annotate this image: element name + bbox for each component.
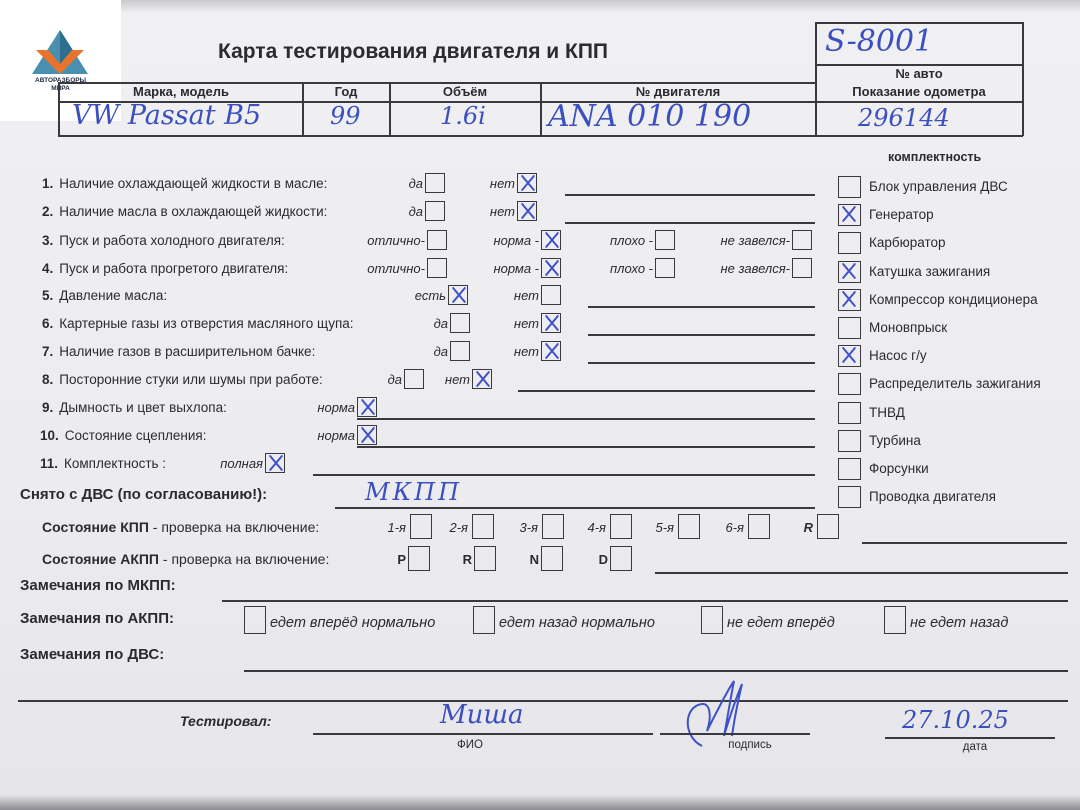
gear-checkbox[interactable] xyxy=(472,514,494,539)
completeness-label: Карбюратор xyxy=(869,235,946,250)
option-checkbox[interactable] xyxy=(357,397,377,417)
remarks-dvs-field[interactable] xyxy=(244,670,1068,672)
option-checkbox[interactable] xyxy=(541,230,561,250)
option-label: норма - xyxy=(475,233,539,248)
completeness-label: Блок управления ДВС xyxy=(869,179,1008,194)
akpp-state-label: Состояние АКПП - проверка на включение: xyxy=(42,551,329,567)
option-label: есть xyxy=(398,288,446,303)
option-checkbox[interactable] xyxy=(792,258,812,278)
question-text: 10.Состояние сцепления: xyxy=(40,428,207,443)
gear-checkbox[interactable] xyxy=(542,514,564,539)
header-auto-no: № авто xyxy=(816,66,1022,81)
option-checkbox[interactable] xyxy=(655,258,675,278)
option-checkbox[interactable] xyxy=(541,258,561,278)
completeness-label: Проводка двигателя xyxy=(869,489,996,504)
question-text: 7.Наличие газов в расширительном бачке: xyxy=(42,344,315,359)
option-label: нет xyxy=(498,316,539,331)
removed-label: Снято с ДВС (по согласованию!): xyxy=(20,486,267,503)
question-notes-field[interactable] xyxy=(565,194,815,196)
question-number: 8. xyxy=(42,372,53,387)
question-notes-field[interactable] xyxy=(518,390,815,392)
option-checkbox[interactable] xyxy=(450,341,470,361)
option-label: норма - xyxy=(475,261,539,276)
tester-name-value[interactable]: Миша xyxy=(440,700,524,730)
option-label: норма xyxy=(300,400,355,415)
remarks-akpp-label: Замечания по АКПП: xyxy=(20,610,174,627)
question-text: 2.Наличие масла в охлаждающей жидкости: xyxy=(42,204,327,219)
akpp-gear-checkbox[interactable] xyxy=(541,546,563,571)
removed-value[interactable]: МКПП xyxy=(365,478,462,506)
akpp-remark-label: едет вперёд нормально xyxy=(270,615,435,631)
year-value[interactable]: 99 xyxy=(330,102,361,130)
gear-label: 1-я xyxy=(370,520,406,535)
completeness-checkbox[interactable] xyxy=(838,402,861,424)
header-odometer: Показание одометра xyxy=(816,84,1022,99)
gear-checkbox[interactable] xyxy=(817,514,839,539)
volume-value[interactable]: 1.6i xyxy=(440,102,486,130)
akpp-gear-label: P xyxy=(385,552,406,567)
question-text: 6.Картерные газы из отверстия масляного … xyxy=(42,316,354,331)
question-number: 6. xyxy=(42,316,53,331)
option-checkbox[interactable] xyxy=(450,313,470,333)
question-number: 9. xyxy=(42,400,53,415)
gear-checkbox[interactable] xyxy=(678,514,700,539)
completeness-checkbox[interactable] xyxy=(838,317,861,339)
akpp-gear-checkbox[interactable] xyxy=(610,546,632,571)
option-label: нет xyxy=(475,204,515,219)
option-label: плохо - xyxy=(592,261,653,276)
option-label: нет xyxy=(498,344,539,359)
question-notes-field[interactable] xyxy=(313,474,815,476)
option-label: отлично- xyxy=(347,233,425,248)
option-label: нет xyxy=(475,176,515,191)
test-card-sheet: АВТОРАЗБОРЫ МИРА Карта тестирования двиг… xyxy=(0,0,1080,810)
odometer-value[interactable]: 296144 xyxy=(858,104,950,132)
question-notes-field[interactable] xyxy=(357,446,815,448)
option-label: норма xyxy=(300,428,355,443)
question-label: Дымность и цвет выхлопа: xyxy=(59,400,227,415)
option-checkbox[interactable] xyxy=(425,173,445,193)
question-number: 11. xyxy=(40,456,58,471)
option-checkbox[interactable] xyxy=(541,313,561,333)
remarks-mkpp-label: Замечания по МКПП: xyxy=(20,577,176,594)
logo-mountain-icon xyxy=(30,28,90,78)
question-label: Пуск и работа прогретого двигателя: xyxy=(59,261,288,276)
gear-label: 3-я xyxy=(508,520,538,535)
completeness-label: Насос г/у xyxy=(869,348,927,363)
date-caption: дата xyxy=(950,741,1000,753)
question-number: 10. xyxy=(40,428,59,443)
akpp-remark-checkbox[interactable] xyxy=(473,606,495,634)
option-checkbox[interactable] xyxy=(357,425,377,445)
make-model-value[interactable]: VW Passat B5 xyxy=(72,100,261,131)
question-notes-field[interactable] xyxy=(588,362,815,364)
option-checkbox[interactable] xyxy=(517,201,537,221)
completeness-header: комплектность xyxy=(888,150,981,164)
question-text: 4.Пуск и работа прогретого двигателя: xyxy=(42,261,288,276)
completeness-checkbox[interactable] xyxy=(838,345,861,367)
gear-label: 4-я xyxy=(578,520,606,535)
completeness-label: Моновпрыск xyxy=(869,320,947,335)
header-volume: Объём xyxy=(390,84,540,99)
question-text: 3.Пуск и работа холодного двигателя: xyxy=(42,233,285,248)
completeness-checkbox[interactable] xyxy=(838,261,861,283)
header-make-model: Марка, модель xyxy=(60,84,302,99)
question-text: 5.Давление масла: xyxy=(42,288,167,303)
gear-checkbox[interactable] xyxy=(748,514,770,539)
option-checkbox[interactable] xyxy=(792,230,812,250)
question-label: Наличие масла в охлаждающей жидкости: xyxy=(59,204,327,219)
akpp-gear-label: N xyxy=(520,552,539,567)
akpp-remark-label: едет назад нормально xyxy=(499,615,655,631)
option-label: да xyxy=(395,204,423,219)
option-checkbox[interactable] xyxy=(427,258,447,278)
question-notes-field[interactable] xyxy=(357,418,815,420)
question-number: 7. xyxy=(42,344,53,359)
paper-bottom-edge xyxy=(0,795,1080,810)
gear-label: R xyxy=(795,520,813,535)
option-label: не завелся- xyxy=(698,261,790,276)
akpp-gear-checkbox[interactable] xyxy=(408,546,430,571)
completeness-checkbox[interactable] xyxy=(838,486,861,508)
completeness-label: Катушка зажигания xyxy=(869,264,990,279)
question-number: 2. xyxy=(42,204,53,219)
akpp-remark-label: не едет вперёд xyxy=(727,615,835,631)
completeness-label: Распределитель зажигания xyxy=(869,376,1041,391)
option-checkbox[interactable] xyxy=(425,201,445,221)
auto-no-value[interactable]: S-8001 xyxy=(825,24,933,59)
question-label: Посторонние стуки или шумы при работе: xyxy=(59,372,323,387)
option-label: нет xyxy=(498,288,539,303)
header-year: Год xyxy=(303,84,389,99)
option-label: да xyxy=(395,176,423,191)
option-label: да xyxy=(373,372,402,387)
question-label: Наличие охлаждающей жидкости в масле: xyxy=(59,176,327,191)
remarks-mkpp-field[interactable] xyxy=(222,600,1068,602)
completeness-checkbox[interactable] xyxy=(838,289,861,311)
question-number: 3. xyxy=(42,233,53,248)
signature-caption: подпись xyxy=(715,739,785,751)
option-label: нет xyxy=(430,372,470,387)
completeness-checkbox[interactable] xyxy=(838,204,861,226)
completeness-label: Форсунки xyxy=(869,461,929,476)
option-checkbox[interactable] xyxy=(541,341,561,361)
completeness-checkbox[interactable] xyxy=(838,430,861,452)
option-label: полная xyxy=(203,456,263,471)
question-notes-field[interactable] xyxy=(588,306,815,308)
question-label: Состояние сцепления: xyxy=(65,428,207,443)
completeness-label: Компрессор кондиционера xyxy=(869,292,1038,307)
option-checkbox[interactable] xyxy=(404,369,424,389)
gear-checkbox[interactable] xyxy=(610,514,632,539)
option-checkbox[interactable] xyxy=(448,285,468,305)
option-label: отлично- xyxy=(347,261,425,276)
option-checkbox[interactable] xyxy=(541,285,561,305)
akpp-gear-label: D xyxy=(590,552,608,567)
completeness-checkbox[interactable] xyxy=(838,373,861,395)
question-number: 1. xyxy=(42,176,53,191)
gear-label: 5-я xyxy=(646,520,674,535)
option-checkbox[interactable] xyxy=(472,369,492,389)
paper-top-edge xyxy=(0,0,1080,12)
completeness-label: Генератор xyxy=(869,207,934,222)
akpp-gear-checkbox[interactable] xyxy=(474,546,496,571)
option-checkbox[interactable] xyxy=(427,230,447,250)
name-caption: ФИО xyxy=(440,739,500,751)
header-engine-no: № двигателя xyxy=(541,84,815,99)
mkpp-state-label: Состояние КПП - проверка на включение: xyxy=(42,519,319,535)
question-label: Пуск и работа холодного двигателя: xyxy=(59,233,285,248)
question-text: 9.Дымность и цвет выхлопа: xyxy=(42,400,227,415)
akpp-remark-checkbox[interactable] xyxy=(884,606,906,634)
engine-no-value[interactable]: ANA 010 190 xyxy=(548,99,751,134)
question-number: 4. xyxy=(42,261,53,276)
question-notes-field[interactable] xyxy=(565,222,815,224)
completeness-checkbox[interactable] xyxy=(838,176,861,198)
date-value[interactable]: 27.10.25 xyxy=(902,706,1009,734)
option-label: плохо - xyxy=(592,233,653,248)
question-text: 8.Посторонние стуки или шумы при работе: xyxy=(42,372,323,387)
option-label: не завелся- xyxy=(698,233,790,248)
option-checkbox[interactable] xyxy=(265,453,285,473)
option-checkbox[interactable] xyxy=(517,173,537,193)
question-text: 11.Комплектность : xyxy=(40,456,166,471)
gear-checkbox[interactable] xyxy=(410,514,432,539)
option-label: да xyxy=(420,316,448,331)
option-checkbox[interactable] xyxy=(655,230,675,250)
tested-by-label: Тестировал: xyxy=(180,713,271,729)
question-text: 1.Наличие охлаждающей жидкости в масле: xyxy=(42,176,327,191)
question-label: Наличие газов в расширительном бачке: xyxy=(59,344,315,359)
option-label: да xyxy=(420,344,448,359)
completeness-checkbox[interactable] xyxy=(838,458,861,480)
gear-label: 6-я xyxy=(713,520,744,535)
gear-label: 2-я xyxy=(440,520,468,535)
question-number: 5. xyxy=(42,288,53,303)
question-label: Давление масла: xyxy=(59,288,167,303)
akpp-gear-label: R xyxy=(455,552,472,567)
akpp-remark-label: не едет назад xyxy=(910,615,1008,631)
remarks-dvs-label: Замечания по ДВС: xyxy=(20,646,164,663)
question-label: Комплектность : xyxy=(64,456,166,471)
question-label: Картерные газы из отверстия масляного щу… xyxy=(59,316,353,331)
completeness-checkbox[interactable] xyxy=(838,232,861,254)
completeness-label: ТНВД xyxy=(869,405,905,420)
akpp-remark-checkbox[interactable] xyxy=(244,606,266,634)
completeness-label: Турбина xyxy=(869,433,921,448)
akpp-remark-checkbox[interactable] xyxy=(701,606,723,634)
question-notes-field[interactable] xyxy=(588,334,815,336)
page-title: Карта тестирования двигателя и КПП xyxy=(218,40,608,64)
